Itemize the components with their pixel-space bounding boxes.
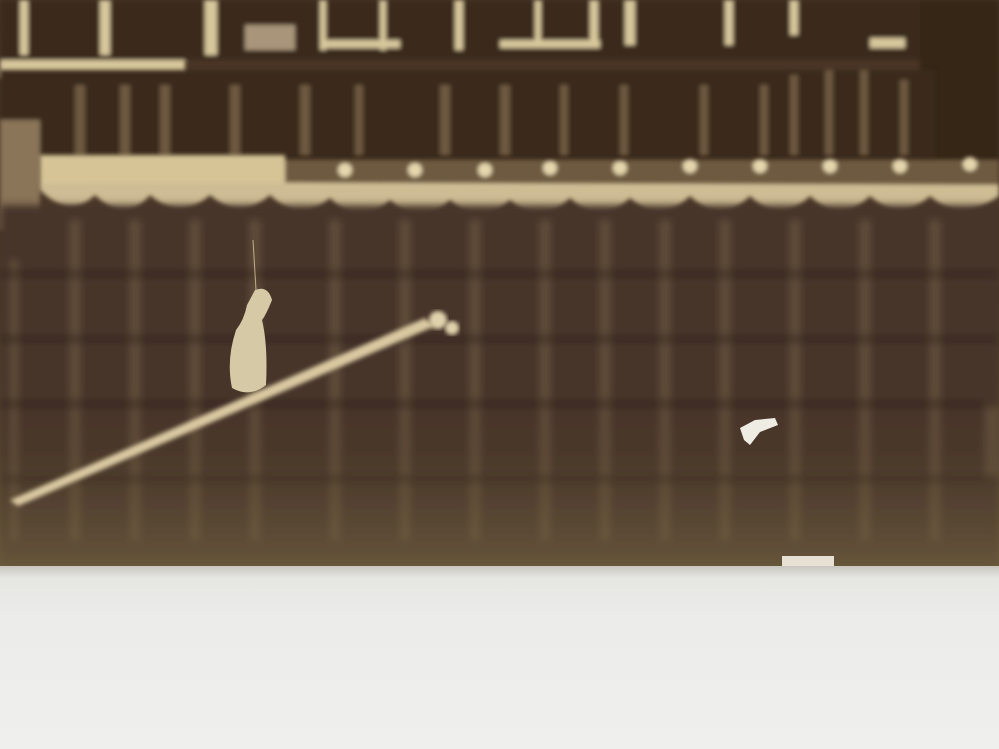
sepia-photo-print bbox=[0, 0, 999, 566]
white-paper-margin bbox=[0, 566, 999, 749]
photo-scene bbox=[0, 0, 999, 749]
building-facade bbox=[0, 0, 999, 566]
lower-shutters bbox=[0, 205, 999, 566]
print-edge-shadow bbox=[0, 566, 999, 578]
